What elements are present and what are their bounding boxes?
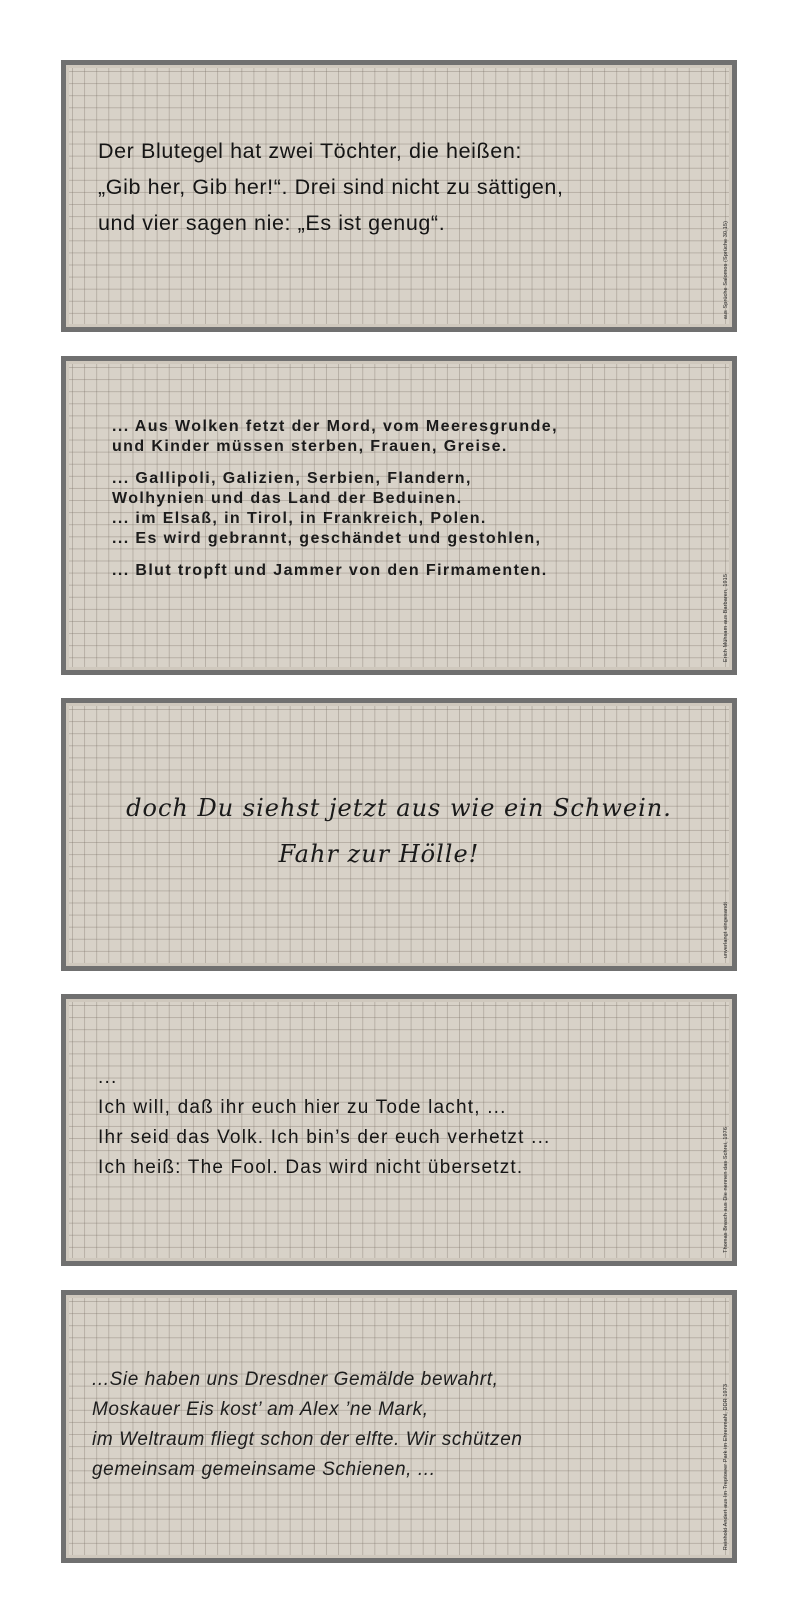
- source-caption: Thomas Brasch aus Die nennen das Schrei,…: [723, 1127, 729, 1253]
- quote-line: ...Sie haben uns Dresdner Gemälde bewahr…: [92, 1365, 523, 1395]
- quote-line: Ihr seid das Volk. Ich bin’s der euch ve…: [98, 1123, 551, 1153]
- quote-card-5: ...Sie haben uns Dresdner Gemälde bewahr…: [61, 1290, 737, 1563]
- quote-text: Der Blutegel hat zwei Töchter, die heiße…: [98, 133, 564, 241]
- quote-line: und vier sagen nie: „Es ist genug“.: [98, 205, 564, 241]
- quote-line: im Weltraum fliegt schon der elfte. Wir …: [92, 1425, 523, 1455]
- quote-text: ...Sie haben uns Dresdner Gemälde bewahr…: [92, 1365, 523, 1485]
- quote-line: Wolhynien und das Land der Beduinen.: [112, 489, 558, 509]
- quote-line: ...: [98, 1063, 551, 1093]
- quote-line: „Gib her, Gib her!“. Drei sind nicht zu …: [98, 169, 564, 205]
- quote-card-4: ...Ich will, daß ihr euch hier zu Tode l…: [61, 994, 737, 1266]
- quote-line: Ich will, daß ihr euch hier zu Tode lach…: [98, 1093, 551, 1123]
- stanza-1: ... Aus Wolken fetzt der Mord, vom Meere…: [112, 417, 558, 457]
- quote-text: ...Ich will, daß ihr euch hier zu Tode l…: [98, 1063, 551, 1183]
- quote-card-3: doch Du siehst jetzt aus wie ein Schwein…: [61, 698, 737, 971]
- quote-card-1: Der Blutegel hat zwei Töchter, die heiße…: [61, 60, 737, 332]
- quote-card-2: ... Aus Wolken fetzt der Mord, vom Meere…: [61, 356, 737, 675]
- quote-line: und Kinder müssen sterben, Frauen, Greis…: [112, 437, 558, 457]
- quote-line: Der Blutegel hat zwei Töchter, die heiße…: [98, 133, 564, 169]
- quote-line: ... Es wird gebrannt, geschändet und ges…: [112, 529, 558, 549]
- quote-line: ... Aus Wolken fetzt der Mord, vom Meere…: [112, 417, 558, 437]
- quote-line: ... Gallipoli, Galizien, Serbien, Flande…: [112, 469, 558, 489]
- quote-line: ... im Elsaß, in Tirol, in Frankreich, P…: [112, 509, 558, 529]
- source-caption: Erich Mühsam aus Barbaren, 1915: [723, 574, 729, 662]
- source-caption: unverlangt eingesandt: [723, 902, 729, 958]
- stanza-2: ... Gallipoli, Galizien, Serbien, Flande…: [112, 469, 558, 549]
- quote-line: doch Du siehst jetzt aus wie ein Schwein…: [94, 785, 704, 831]
- source-caption: aus Sprüche Salomos (Sprüche 30,15): [723, 221, 729, 319]
- quote-line: Moskauer Eis kost’ am Alex ’ne Mark,: [92, 1395, 523, 1425]
- quote-line: ... Blut tropft und Jammer von den Firma…: [112, 561, 558, 581]
- handwritten-text: doch Du siehst jetzt aus wie ein Schwein…: [94, 785, 704, 877]
- source-caption: Reinhold Andert aus Im Treptower Park im…: [723, 1384, 729, 1550]
- quote-line: Ich heiß: The Fool. Das wird nicht übers…: [98, 1153, 551, 1183]
- quote-line: gemeinsam gemeinsame Schienen, ...: [92, 1455, 523, 1485]
- quote-line: Fahr zur Hölle!: [94, 831, 704, 877]
- stanza-3: ... Blut tropft und Jammer von den Firma…: [112, 561, 558, 581]
- quote-text: ... Aus Wolken fetzt der Mord, vom Meere…: [112, 417, 558, 581]
